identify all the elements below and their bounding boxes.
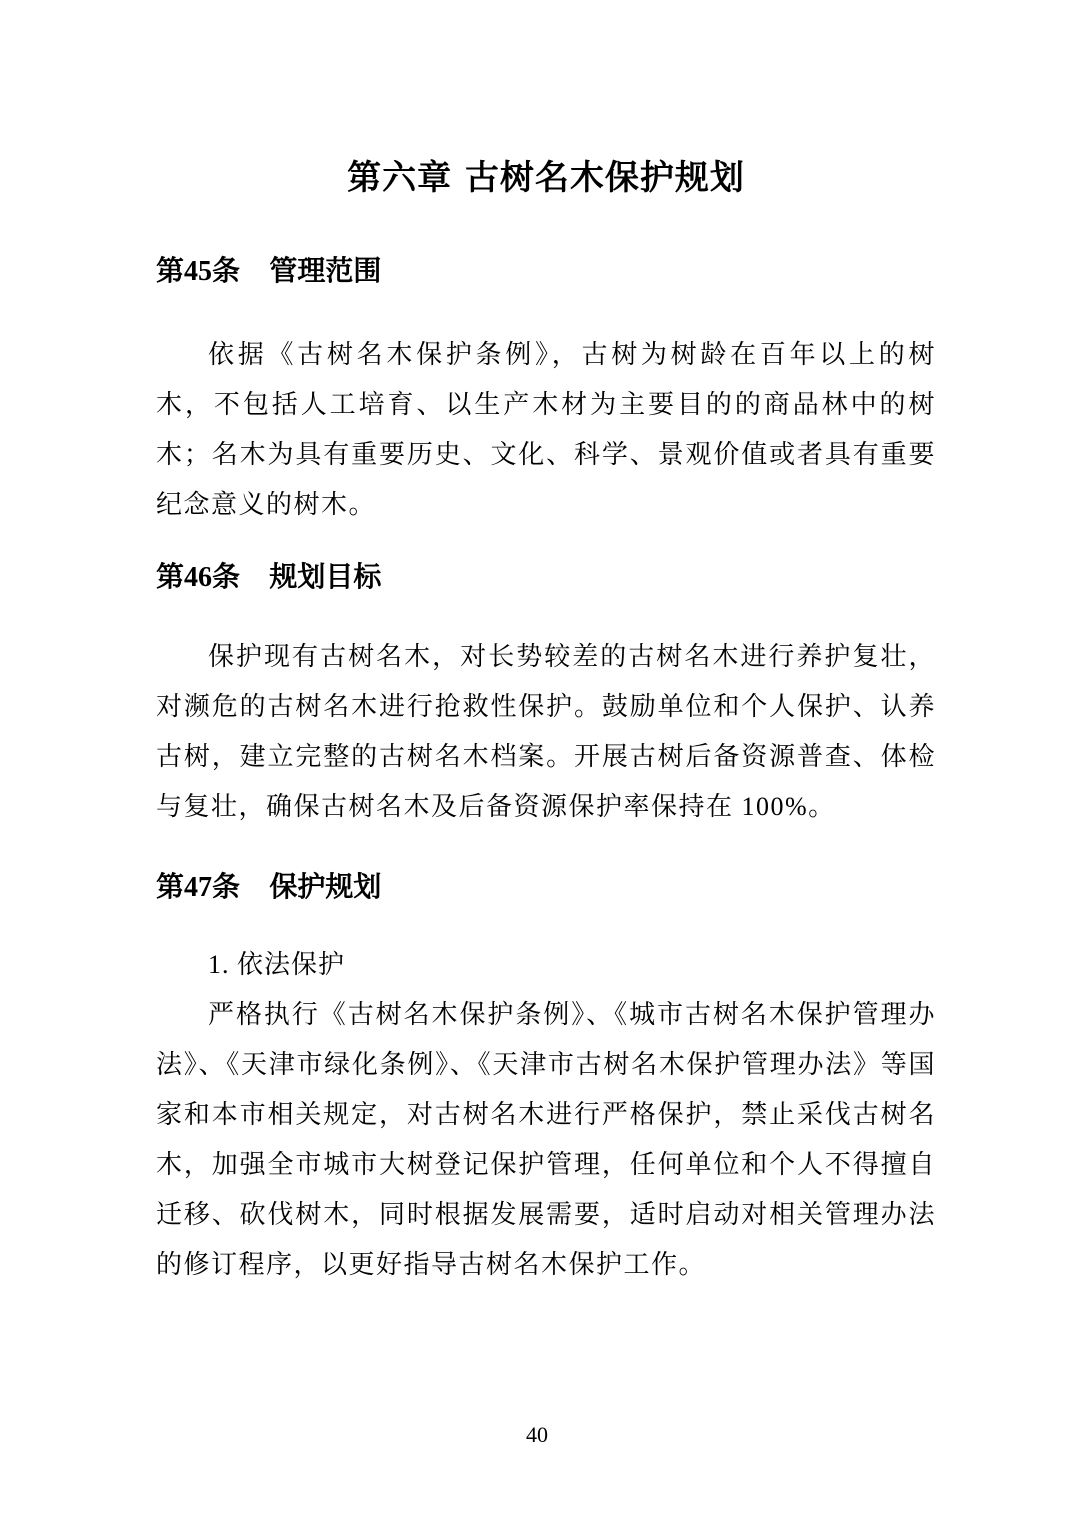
section-47-paragraph: 严格执行《古树名木保护条例》、《城市古树名木保护管理办法》、《天津市绿化条例》、…: [156, 990, 936, 1290]
section-47-heading: 第47条保护规划: [156, 868, 936, 908]
page-number: 40: [0, 1422, 1074, 1448]
section-46-paragraph: 保护现有古树名木，对长势较差的古树名木进行养护复壮，对濒危的古树名木进行抢救性保…: [156, 632, 936, 832]
section-47-number: 第47条: [156, 872, 240, 903]
section-45-heading: 第45条管理范围: [156, 252, 936, 292]
section-46-number: 第46条: [156, 562, 240, 593]
section-45-paragraph: 依据《古树名木保护条例》，古树为树龄在百年以上的树木，不包括人工培育、以生产木材…: [156, 330, 936, 530]
section-47-title: 保护规划: [269, 872, 381, 903]
section-46-title: 规划目标: [269, 562, 381, 593]
section-46-heading: 第46条规划目标: [156, 558, 936, 598]
section-47-list-item: 1. 依法保护: [156, 940, 936, 990]
section-45-title: 管理范围: [269, 256, 381, 287]
chapter-title: 第六章 古树名木保护规划: [156, 150, 936, 206]
document-page: 第六章 古树名木保护规划 第45条管理范围 依据《古树名木保护条例》，古树为树龄…: [0, 0, 1074, 1520]
document-content: 第六章 古树名木保护规划 第45条管理范围 依据《古树名木保护条例》，古树为树龄…: [156, 150, 936, 1290]
section-45-number: 第45条: [156, 256, 240, 287]
